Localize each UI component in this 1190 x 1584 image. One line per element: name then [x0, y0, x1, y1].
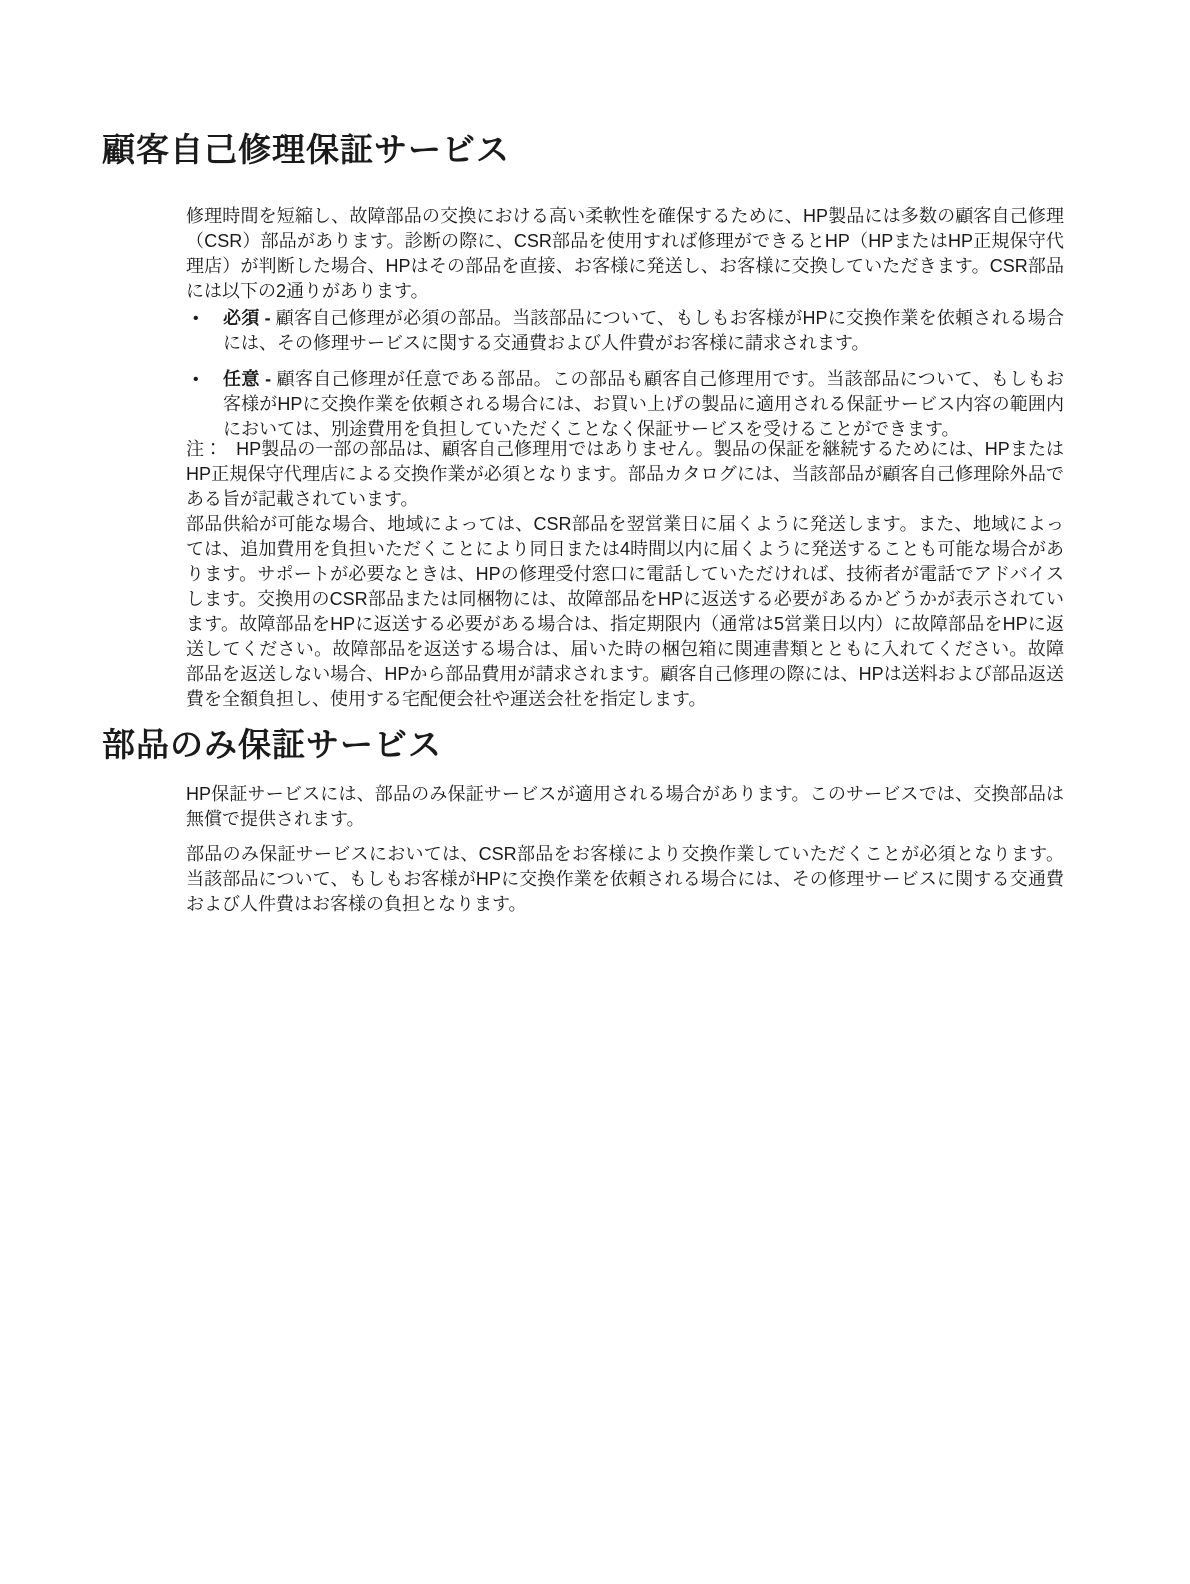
bullet-lead-mandatory: 必須 - [223, 308, 276, 328]
csr-note-paragraph: 注：HP製品の一部の部品は、顧客自己修理用ではありません。製品の保証を継続するた… [186, 437, 1064, 512]
paragraph-text: 部品供給が可能な場合、地域によっては、CSR部品を翌営業日に届くように発送します… [186, 512, 1064, 712]
bullet-text: 顧客自己修理が任意である部品。この部品も顧客自己修理用です。当該部品について、も… [223, 369, 1064, 439]
paragraph-text: 注：HP製品の一部の部品は、顧客自己修理用ではありません。製品の保証を継続するた… [186, 437, 1064, 512]
list-item: • 必須 - 顧客自己修理が必須の部品。当該部品について、もしもお客様がHPに交… [186, 306, 1064, 356]
csr-intro-paragraph: 修理時間を短縮し、故障部品の交換における高い柔軟性を確保するために、HP製品には… [186, 204, 1064, 304]
paragraph-text: HP保証サービスには、部品のみ保証サービスが適用される場合があります。このサービ… [186, 782, 1064, 832]
section-title-parts-only-warranty: 部品のみ保証サービス [102, 726, 442, 764]
note-text: HP製品の一部の部品は、顧客自己修理用ではありません。製品の保証を継続するために… [186, 439, 1064, 509]
list-item: • 任意 - 顧客自己修理が任意である部品。この部品も顧客自己修理用です。当該部… [186, 367, 1064, 442]
bullet-text: 顧客自己修理が必須の部品。当該部品について、もしもお客様がHPに交換作業を依頼さ… [223, 308, 1064, 353]
document-page: 顧客自己修理保証サービス 修理時間を短縮し、故障部品の交換における高い柔軟性を確… [0, 0, 1190, 1584]
csr-bullet-list: • 必須 - 顧客自己修理が必須の部品。当該部品について、もしもお客様がHPに交… [186, 306, 1064, 442]
paragraph-text: 部品のみ保証サービスにおいては、CSR部品をお客様により交換作業していただくこと… [186, 842, 1064, 917]
parts-only-paragraph-1: HP保証サービスには、部品のみ保証サービスが適用される場合があります。このサービ… [186, 782, 1064, 832]
bullet-lead-optional: 任意 - [223, 369, 277, 389]
bullet-icon: • [193, 367, 199, 392]
paragraph-text: 修理時間を短縮し、故障部品の交換における高い柔軟性を確保するために、HP製品には… [186, 204, 1064, 304]
csr-shipping-paragraph: 部品供給が可能な場合、地域によっては、CSR部品を翌営業日に届くように発送します… [186, 512, 1064, 712]
parts-only-paragraph-2: 部品のみ保証サービスにおいては、CSR部品をお客様により交換作業していただくこと… [186, 842, 1064, 917]
bullet-icon: • [193, 306, 199, 331]
note-label: 注： [186, 439, 222, 459]
section-title-csr-warranty: 顧客自己修理保証サービス [102, 131, 510, 169]
